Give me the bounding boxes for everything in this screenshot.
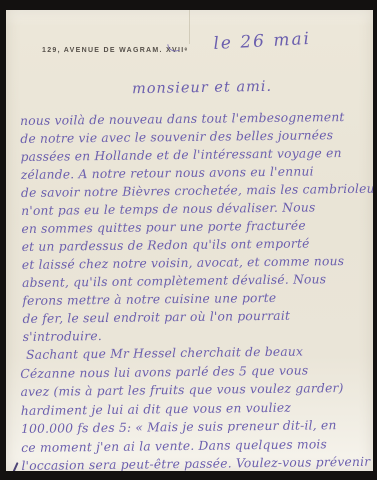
paper-crease bbox=[189, 10, 190, 44]
stray-ink-mark bbox=[11, 462, 18, 471]
letter-line: l'occasion sera peut-être passée. Voulez… bbox=[21, 453, 373, 471]
scan-backdrop: 129, AVENUE DE WAGRAM. XVIIᵉ le 26 mai m… bbox=[0, 0, 377, 480]
letter-date: le 26 mai bbox=[213, 29, 312, 54]
letter-paragraph-1: nous voilà de nouveau dans tout l'embeso… bbox=[20, 108, 373, 346]
letter-paper: 129, AVENUE DE WAGRAM. XVIIᵉ le 26 mai m… bbox=[6, 10, 373, 471]
letter-salutation: monsieur et ami. bbox=[132, 79, 272, 97]
letterhead-address: 129, AVENUE DE WAGRAM. XVIIᵉ bbox=[42, 47, 188, 54]
letter-paragraph-2: Sachant que Mr Hessel cherchait de beaux… bbox=[20, 342, 373, 471]
